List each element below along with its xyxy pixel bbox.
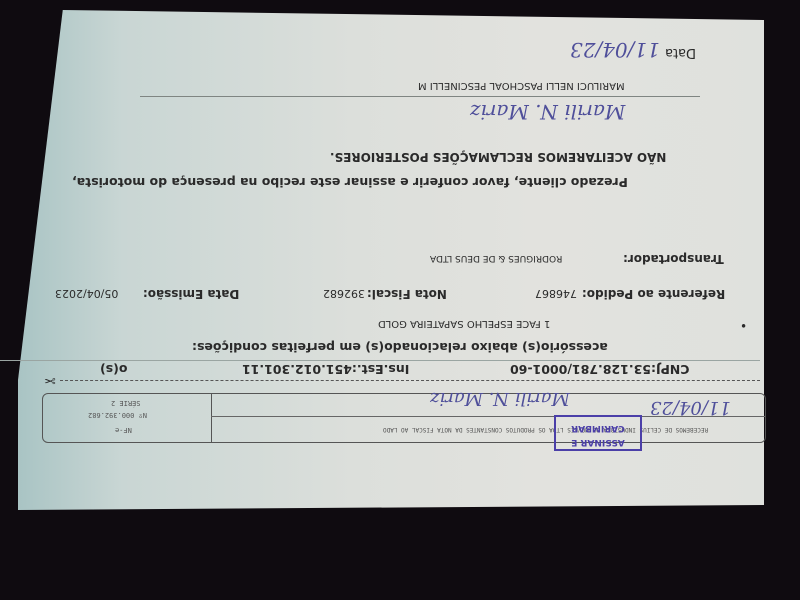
date-label: Data [665,45,696,60]
item-line: 1 FACE ESPELHO SAPATEIRA GOLD [378,318,550,329]
pedido-label: Referente ao Pedido: [582,287,725,301]
transportador-label: Transportador: [623,252,724,266]
pedido-value: 746867 [535,287,577,300]
notice-line-2: NÃO ACEITAREMOS RECLAMAÇÕES POSTERIORES. [330,150,666,164]
stamp-line-1: ASSINAR E [556,435,640,449]
nfe-number: Nº 000.392.682 [88,411,147,419]
item-bullet: • [740,318,747,332]
handwritten-date: 11/04/23 [570,38,660,62]
signature: Marili N. Mariz [470,100,625,124]
fold-line [0,360,760,361]
serie: SÉRIE 2 [111,399,141,407]
emissao-value: 05/04/2023 [55,287,118,300]
signature-line [140,96,700,97]
stub-date: 11/04/23 [650,397,731,418]
stamp-line-2: CARIMBAR [556,421,640,435]
notice-line-1: Prezado cliente, favor conferir e assina… [72,175,628,190]
accessories-line: acessório(s) abaixo relacionado(s) em pe… [192,340,608,355]
cut-line [60,380,760,381]
stub-separator [211,394,212,442]
cnpj: CNPJ:53.128.781/0001-60 [510,362,689,377]
ins-est: Ins.Est.:451.012.301.11 [242,362,409,377]
stamp: ASSINAR E CARIMBAR [554,415,642,451]
stub-signature: Marili N. Mariz [430,388,570,409]
nota-label: Nota Fiscal: [367,287,447,301]
signer-name: MARILUCI NELLI PASCHOAL PESCINELLI M [418,80,625,91]
nota-value: 392682 [323,287,365,300]
ins-tail: o(s) [100,362,127,377]
received-text: RECEBEMOS DE CELIUS INDUSTRIA DE MOVEIS … [383,426,708,433]
scissors-icon: ✂ [44,372,56,388]
nfe-label: NF-e [115,426,132,434]
emissao-label: Data Emissão: [143,287,239,301]
transportador-value: RODRIGUES & DE DEUS LTDA [430,253,562,263]
